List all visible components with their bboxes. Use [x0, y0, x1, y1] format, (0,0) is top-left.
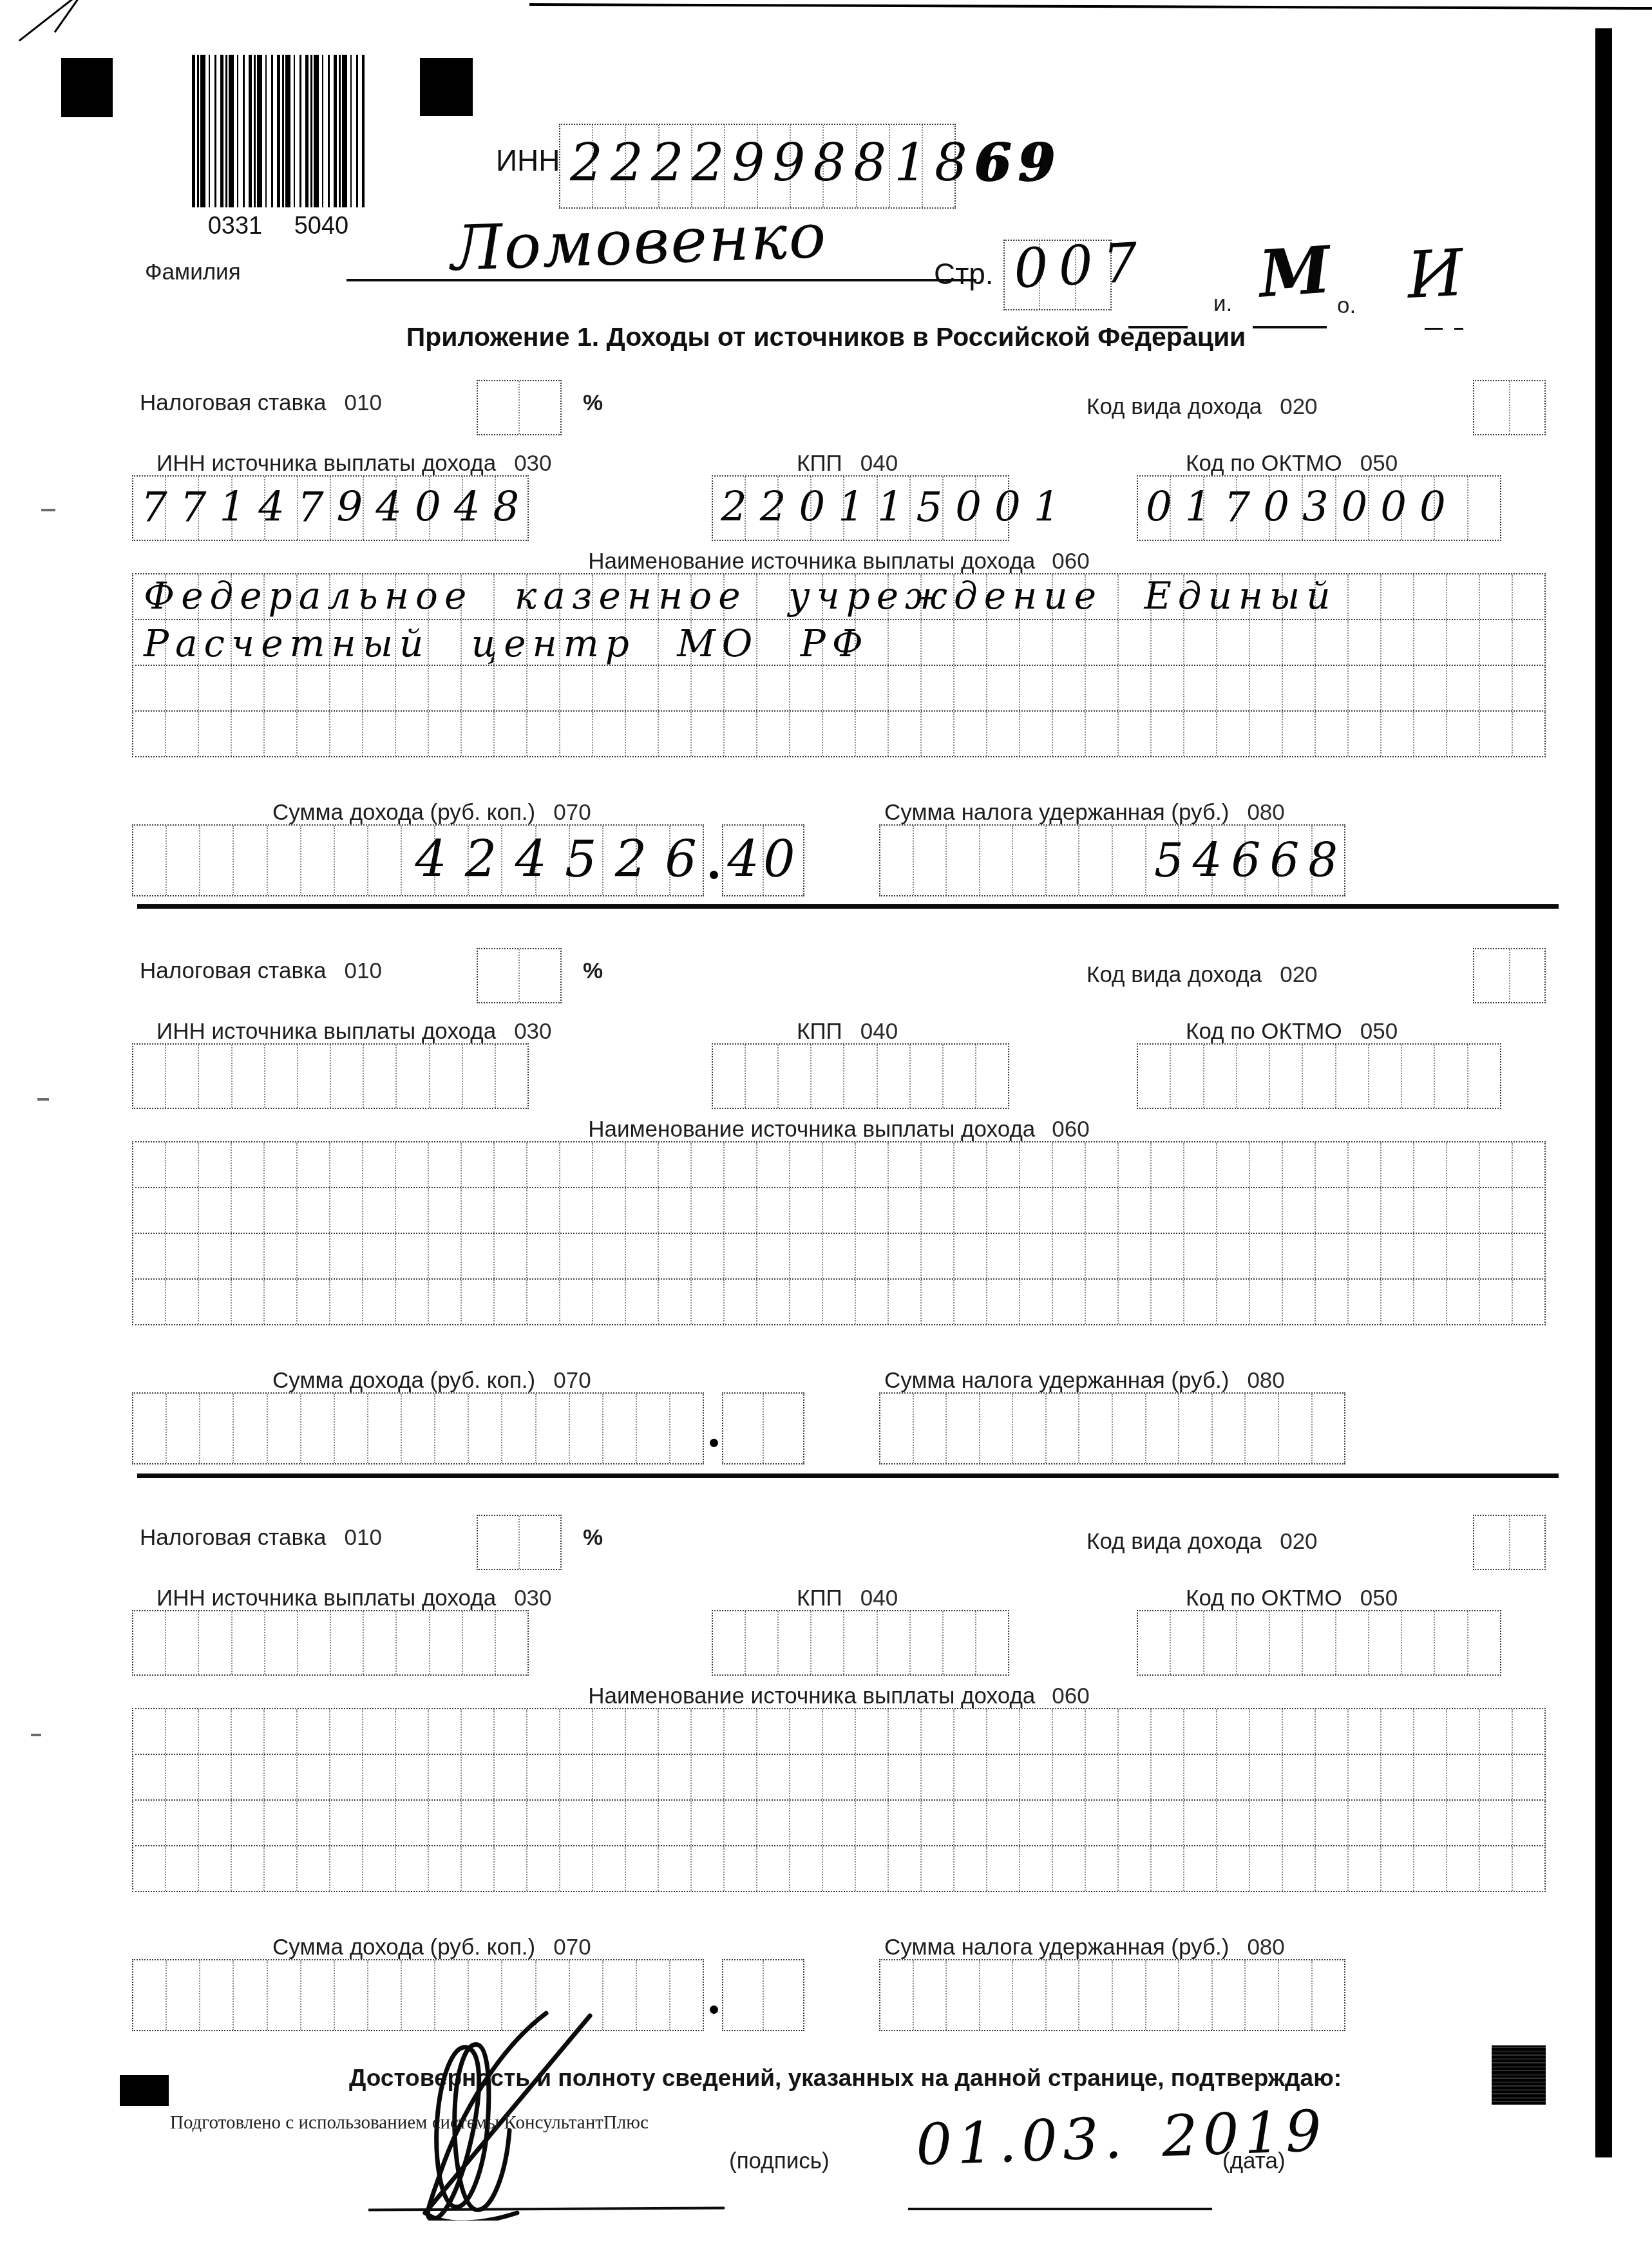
grid-cell — [1512, 1801, 1544, 1845]
rate-field[interactable] — [477, 948, 562, 1003]
grid-cell — [1512, 1755, 1544, 1799]
grid-cell — [1302, 1611, 1334, 1674]
grid-cell — [1138, 1045, 1170, 1108]
grid-cell — [559, 1755, 592, 1799]
grid-cell — [1236, 1045, 1269, 1108]
prepared-by-note: Подготовлено с использованием системы Ко… — [170, 2112, 649, 2134]
kpp-label: КПП — [797, 1019, 842, 1045]
grid-cell — [953, 1142, 986, 1187]
grid-cell — [822, 1188, 855, 1233]
registration-mark-square — [1492, 2045, 1546, 2105]
grid-cell — [1150, 1280, 1183, 1324]
grid-cell — [1315, 1846, 1347, 1891]
grid-cell — [1150, 620, 1183, 665]
grid-cell — [953, 1755, 986, 1799]
grid-cell — [756, 1709, 789, 1754]
grid-cell — [1216, 1280, 1249, 1324]
grid-cell — [428, 666, 460, 710]
grid-cell — [1282, 1188, 1315, 1233]
grid-cell — [395, 1045, 428, 1108]
income-source-block-2: Налоговая ставка010 % Код вида дохода020… — [132, 948, 1546, 1476]
grid-cell — [625, 1142, 658, 1187]
grid-cell — [1019, 1801, 1052, 1845]
patronymic-value: И — [1405, 241, 1465, 308]
grid-cell — [1085, 712, 1117, 756]
grid-cell — [822, 1755, 855, 1799]
grid-cell — [1380, 1142, 1413, 1187]
grid-cell — [165, 1709, 198, 1754]
grid-cell — [518, 949, 560, 1002]
grid-cell — [1211, 1394, 1245, 1463]
grid-cell — [1150, 1188, 1183, 1233]
grid-cell — [526, 1846, 559, 1891]
grid-cell — [920, 1188, 953, 1233]
grid-cell — [468, 1394, 501, 1463]
grid-cell — [1138, 1611, 1170, 1674]
grid-cell — [1282, 1142, 1315, 1187]
grid-cell — [888, 666, 920, 710]
grid-cell — [1203, 1611, 1236, 1674]
grid-cell — [1085, 1280, 1117, 1324]
grid-cell — [979, 1394, 1012, 1463]
grid-cell — [1117, 1709, 1150, 1754]
grid-cell — [1347, 666, 1380, 710]
inn-value: 222299881869 — [570, 137, 1062, 189]
block-divider — [137, 904, 1559, 909]
source-name-line2: Расчетный центр МО РФ — [144, 625, 869, 662]
grid-cell — [920, 1142, 953, 1187]
grid-cell — [1446, 1280, 1479, 1324]
grid-cell — [362, 1846, 395, 1891]
source-name-code: 060 — [1052, 549, 1089, 574]
grid-cell — [198, 1611, 231, 1674]
grid-cell — [133, 1142, 165, 1187]
grid-cell — [658, 1234, 690, 1278]
grid-cell — [789, 1188, 822, 1233]
grid-cell — [395, 1755, 428, 1799]
grid-cell — [460, 1142, 493, 1187]
grid-cell — [822, 1709, 855, 1754]
grid-cell — [1019, 712, 1052, 756]
grid-cell — [1019, 1234, 1052, 1278]
grid-cell — [1446, 1846, 1479, 1891]
grid-cell — [625, 1234, 658, 1278]
grid-cell — [460, 1755, 493, 1799]
grid-cell — [1479, 1280, 1512, 1324]
inn-value-corrected: 69 — [975, 132, 1062, 193]
grid-cell — [855, 1234, 888, 1278]
grid-cell — [460, 1188, 493, 1233]
scan-artifact-corner-line — [54, 0, 82, 33]
grid-cell — [133, 1394, 166, 1463]
grid-cell — [1019, 1188, 1052, 1233]
grid-cell — [986, 666, 1019, 710]
grid-cell — [1413, 620, 1446, 665]
grid-cell — [945, 1394, 979, 1463]
grid-cell — [362, 1142, 395, 1187]
grid-cell — [1052, 666, 1085, 710]
grid-cell — [602, 1394, 636, 1463]
rate-label: Налоговая ставка — [140, 1525, 327, 1551]
grid-cell — [296, 1755, 329, 1799]
grid-cell — [690, 1755, 723, 1799]
grid-cell — [362, 1709, 395, 1754]
grid-cell — [1446, 620, 1479, 665]
grid-cell — [1183, 1709, 1216, 1754]
grid-cell — [909, 1045, 942, 1108]
grid-cell — [198, 1709, 231, 1754]
grid-cell — [198, 666, 231, 710]
grid-cell — [625, 712, 658, 756]
grid-cell — [888, 1846, 920, 1891]
grid-cell — [789, 1280, 822, 1324]
grid-cell — [1145, 1394, 1179, 1463]
oktmo-field[interactable] — [1137, 1043, 1501, 1109]
grid-cell — [953, 1801, 986, 1845]
grid-cell — [1474, 381, 1509, 434]
grid-cell — [1380, 666, 1413, 710]
grid-cell — [986, 1846, 1019, 1891]
grid-cell — [953, 1188, 986, 1233]
grid-cell — [1249, 1280, 1282, 1324]
registration-mark-square — [120, 2075, 169, 2106]
grid-cell — [362, 1234, 395, 1278]
grid-cell — [1315, 1142, 1347, 1187]
grid-cell — [658, 666, 690, 710]
income-kind-code: 020 — [1280, 394, 1317, 420]
percent-sign: % — [583, 958, 603, 984]
grid-cell — [690, 1846, 723, 1891]
block-divider — [137, 1474, 1559, 1478]
grid-cell — [526, 1755, 559, 1799]
grid-cell — [231, 712, 263, 756]
grid-cell — [1117, 1801, 1150, 1845]
grid-cell — [428, 1801, 460, 1845]
grid-cell — [592, 666, 625, 710]
grid-cell — [231, 1142, 263, 1187]
grid-cell — [690, 712, 723, 756]
grid-cell — [133, 1188, 165, 1233]
grid-cell — [1282, 666, 1315, 710]
rate-field[interactable] — [477, 1515, 562, 1570]
grid-cell — [920, 1280, 953, 1324]
grid-cell — [165, 1846, 198, 1891]
grid-cell — [198, 1755, 231, 1799]
grid-cell — [855, 712, 888, 756]
income-rub-field[interactable] — [132, 1392, 704, 1464]
grid-cell — [1512, 1188, 1544, 1233]
grid-cell — [1117, 1188, 1150, 1233]
source-name-label: Наименование источника выплаты дохода — [588, 1117, 1035, 1142]
grid-cell — [1380, 1709, 1413, 1754]
rate-code: 010 — [345, 958, 382, 984]
source-inn-field[interactable] — [132, 1610, 529, 1676]
form-title: Приложение 1. Доходы от источников в Рос… — [0, 322, 1652, 352]
grid-cell — [1150, 1801, 1183, 1845]
grid-cell — [1183, 1188, 1216, 1233]
grid-cell — [1012, 1394, 1045, 1463]
grid-cell — [909, 1611, 942, 1674]
grid-cell — [1347, 1280, 1380, 1324]
grid-cell — [1311, 1960, 1345, 2030]
grid-cell — [1183, 712, 1216, 756]
grid-cell — [1509, 1516, 1545, 1569]
grid-cell — [888, 712, 920, 756]
source-name-label: Наименование источника выплаты дохода — [588, 1683, 1035, 1709]
grid-cell — [296, 1142, 329, 1187]
scan-artifact-mark — [37, 1098, 49, 1101]
grid-cell — [1446, 1709, 1479, 1754]
grid-cell — [1085, 1188, 1117, 1233]
grid-cell — [526, 1801, 559, 1845]
page-number-label: Стр. — [934, 256, 994, 291]
grid-cell — [1467, 477, 1500, 540]
grid-cell — [329, 1755, 362, 1799]
grid-cell — [395, 1188, 428, 1233]
grid-cell — [789, 1801, 822, 1845]
grid-cell — [1347, 1709, 1380, 1754]
grid-cell — [428, 1188, 460, 1233]
grid-cell — [165, 1045, 198, 1108]
grid-cell — [1479, 1755, 1512, 1799]
grid-cell — [1244, 1394, 1278, 1463]
grid-cell — [1117, 1846, 1150, 1891]
grid-cell — [877, 1611, 909, 1674]
grid-cell — [428, 1280, 460, 1324]
grid-cell — [263, 666, 296, 710]
grid-cell — [723, 1801, 756, 1845]
tax-sum-field[interactable] — [879, 1959, 1345, 2031]
grid-cell — [363, 1045, 395, 1108]
grid-cell — [526, 1709, 559, 1754]
grid-cell — [953, 712, 986, 756]
oktmo-code: 050 — [1360, 451, 1398, 477]
grid-cell — [658, 712, 690, 756]
grid-cell — [723, 1709, 756, 1754]
grid-cell — [165, 1142, 198, 1187]
grid-cell — [592, 1709, 625, 1754]
source-inn-field[interactable] — [132, 1043, 529, 1109]
grid-cell — [1216, 1709, 1249, 1754]
grid-cell — [592, 1142, 625, 1187]
grid-cell — [478, 1516, 518, 1569]
surname-line[interactable] — [347, 279, 976, 281]
grid-cell — [913, 1960, 946, 2030]
grid-cell — [1311, 1394, 1345, 1463]
grid-cell — [165, 1234, 198, 1278]
grid-cell — [1413, 666, 1446, 710]
grid-cell — [1052, 712, 1085, 756]
grid-cell — [1368, 1045, 1401, 1108]
grid-cell — [1085, 620, 1117, 665]
grid-cell — [658, 1801, 690, 1845]
grid-cell — [1150, 1755, 1183, 1799]
income-kind-code: 020 — [1280, 1529, 1317, 1555]
grid-cell — [395, 1280, 428, 1324]
grid-cell — [592, 1846, 625, 1891]
grid-cell — [429, 1045, 462, 1108]
grid-cell — [297, 1045, 330, 1108]
grid-cell — [559, 666, 592, 710]
grid-cell — [501, 1394, 535, 1463]
grid-cell — [526, 666, 559, 710]
oktmo-field[interactable] — [1137, 1610, 1501, 1676]
grid-cell — [1479, 1846, 1512, 1891]
grid-cell — [1512, 574, 1544, 619]
grid-cell — [1347, 1846, 1380, 1891]
income-kop-field[interactable] — [722, 1392, 804, 1464]
scan-artifact-corner-line — [19, 0, 76, 42]
grid-cell — [1479, 1188, 1512, 1233]
grid-cell — [166, 1394, 199, 1463]
grid-cell — [263, 1188, 296, 1233]
grid-cell — [428, 1709, 460, 1754]
rate-field[interactable] — [477, 380, 562, 435]
grid-cell — [1150, 1709, 1183, 1754]
grid-cell — [133, 1045, 165, 1108]
grid-cell — [690, 1709, 723, 1754]
grid-cell — [362, 1280, 395, 1324]
grid-cell — [462, 1611, 495, 1674]
income-sum-code: 070 — [553, 1935, 591, 1960]
grid-cell — [1474, 949, 1509, 1002]
tax-sum-value: 54668 — [879, 837, 1347, 884]
grid-cell — [165, 1611, 198, 1674]
grid-cell — [888, 1280, 920, 1324]
grid-cell — [1216, 620, 1249, 665]
grid-cell — [395, 1234, 428, 1278]
kpp-field[interactable] — [712, 1043, 1009, 1109]
inn-label: ИНН — [496, 143, 560, 178]
tax-sum-code: 080 — [1247, 800, 1284, 826]
page-number-value: 007 — [1012, 235, 1149, 296]
grid-cell — [723, 1188, 756, 1233]
grid-cell — [133, 1846, 165, 1891]
grid-cell — [199, 1394, 233, 1463]
grid-cell — [1150, 1234, 1183, 1278]
grid-cell — [518, 381, 560, 434]
grid-cell — [460, 1280, 493, 1324]
grid-cell — [1315, 620, 1347, 665]
kpp-value: 220115001 — [721, 487, 1072, 528]
grid-cell — [559, 1280, 592, 1324]
grid-cell — [888, 1234, 920, 1278]
tax-sum-field[interactable] — [879, 1392, 1345, 1464]
grid-cell — [1078, 1960, 1112, 2030]
grid-cell — [460, 666, 493, 710]
grid-cell — [592, 1280, 625, 1324]
grid-cell — [231, 1045, 264, 1108]
income-kind-field[interactable] — [1473, 948, 1546, 1003]
oktmo-label: Код по ОКТМО — [1186, 451, 1342, 477]
grid-cell — [263, 1142, 296, 1187]
income-kind-field[interactable] — [1473, 1515, 1546, 1570]
grid-cell — [690, 1234, 723, 1278]
grid-cell — [1249, 1801, 1282, 1845]
grid-cell — [460, 1801, 493, 1845]
income-kind-field[interactable] — [1473, 380, 1546, 435]
grid-cell — [723, 1755, 756, 1799]
grid-cell — [745, 1045, 777, 1108]
grid-cell — [1216, 712, 1249, 756]
grid-cell — [1052, 620, 1085, 665]
grid-cell — [1512, 1846, 1544, 1891]
grid-cell — [920, 666, 953, 710]
grid-cell — [669, 1394, 703, 1463]
grid-cell — [756, 1755, 789, 1799]
grid-cell — [713, 1611, 745, 1674]
source-inn-label: ИНН источника выплаты дохода — [157, 1586, 496, 1611]
grid-cell — [1052, 1801, 1085, 1845]
grid-cell — [1216, 1846, 1249, 1891]
grid-cell — [810, 1045, 843, 1108]
grid-cell — [723, 666, 756, 710]
grid-cell — [1479, 620, 1512, 665]
grid-cell — [329, 1709, 362, 1754]
grid-cell — [1117, 620, 1150, 665]
grid-cell — [535, 1394, 569, 1463]
grid-cell — [231, 1846, 263, 1891]
grid-cell — [1278, 1960, 1311, 2030]
grid-cell — [855, 1755, 888, 1799]
grid-cell — [723, 1142, 756, 1187]
date-line[interactable] — [908, 2208, 1212, 2210]
grid-cell — [1216, 1142, 1249, 1187]
grid-cell — [920, 712, 953, 756]
grid-cell — [363, 1611, 395, 1674]
grid-cell — [756, 1846, 789, 1891]
grid-cell — [1249, 712, 1282, 756]
grid-cell — [231, 1280, 263, 1324]
grid-cell — [745, 1611, 777, 1674]
grid-cell — [1278, 1394, 1311, 1463]
grid-cell — [526, 712, 559, 756]
grid-cell — [1045, 1394, 1079, 1463]
grid-cell — [1315, 1234, 1347, 1278]
grid-cell — [1380, 620, 1413, 665]
grid-cell — [1282, 620, 1315, 665]
grid-cell — [166, 1960, 199, 2030]
kopeck-separator-dot — [710, 1439, 718, 1447]
grid-cell — [460, 1234, 493, 1278]
grid-cell — [133, 712, 165, 756]
grid-cell — [1282, 1801, 1315, 1845]
grid-cell — [1244, 1960, 1278, 2030]
grid-cell — [1019, 1709, 1052, 1754]
grid-cell — [777, 1045, 810, 1108]
grid-cell — [756, 1801, 789, 1845]
source-inn-label: ИНН источника выплаты дохода — [157, 1019, 496, 1045]
income-kop-field[interactable] — [722, 1959, 804, 2031]
grid-cell — [1446, 712, 1479, 756]
grid-cell — [460, 1846, 493, 1891]
grid-cell — [920, 620, 953, 665]
grid-cell — [264, 1045, 297, 1108]
grid-cell — [975, 1611, 1008, 1674]
grid-cell — [395, 712, 428, 756]
grid-cell — [690, 1142, 723, 1187]
grid-cell — [1183, 1846, 1216, 1891]
grid-cell — [1282, 1234, 1315, 1278]
kpp-field[interactable] — [712, 1610, 1009, 1676]
grid-cell — [1117, 1280, 1150, 1324]
grid-cell — [133, 1801, 165, 1845]
grid-cell — [1249, 1846, 1282, 1891]
grid-cell — [231, 666, 263, 710]
grid-cell — [165, 1280, 198, 1324]
grid-cell — [395, 1709, 428, 1754]
grid-cell — [855, 1280, 888, 1324]
